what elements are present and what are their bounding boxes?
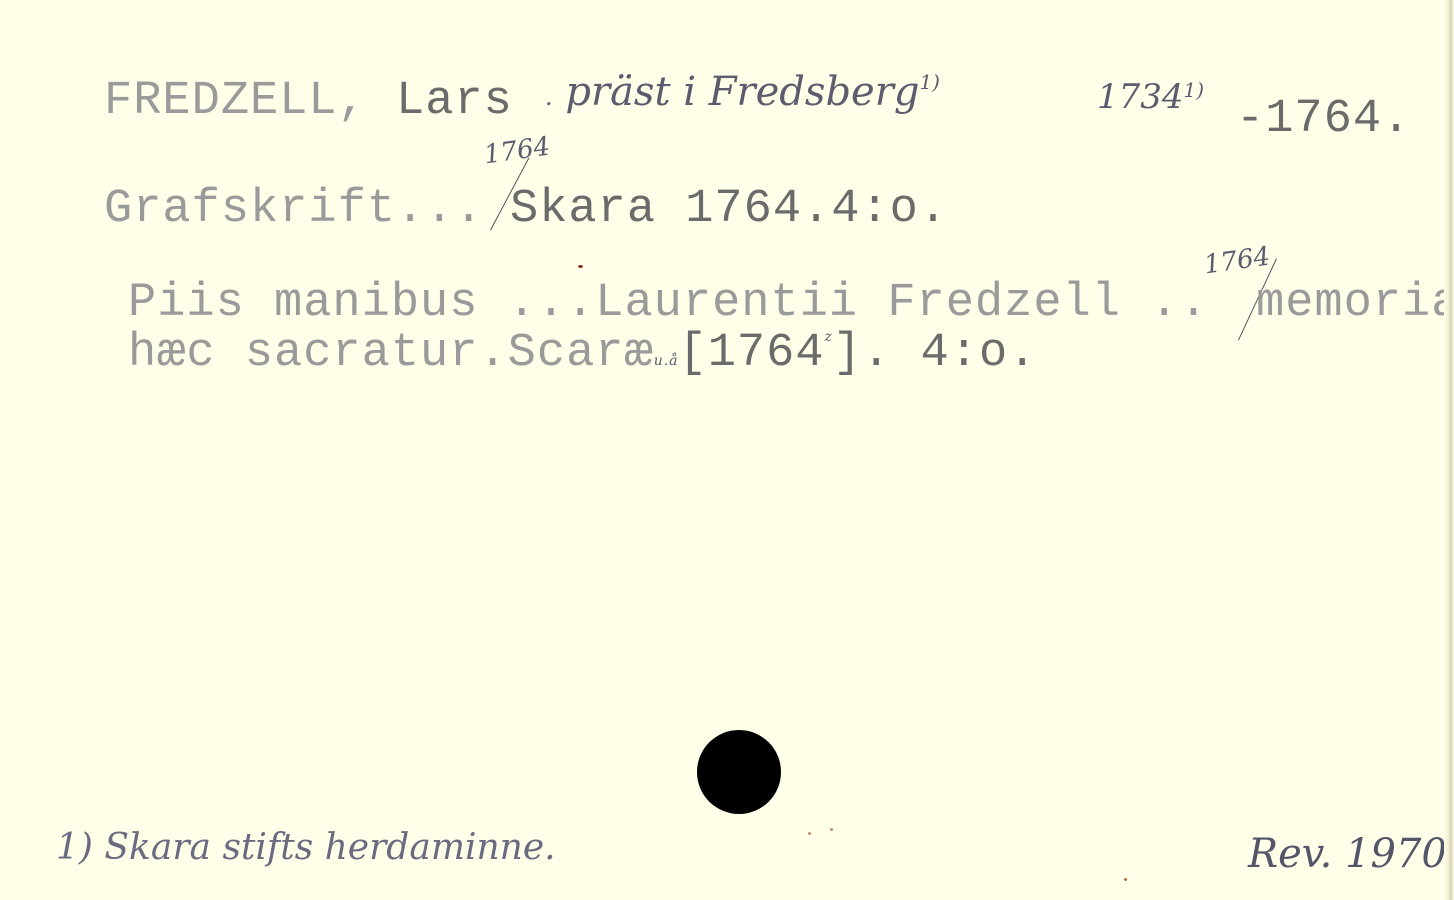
punch-hole (697, 730, 781, 814)
ink-speck (1124, 878, 1127, 881)
entry-1-imprint: Skara 1764.4:o. (510, 186, 948, 233)
revision-note: Rev. 1970 (1248, 834, 1447, 874)
entry-2-line-1-cont: memoria (1256, 280, 1454, 327)
handwritten-occupation: . präst i Fredsberg1) (545, 72, 940, 112)
occupation-note-marker: 1) (919, 70, 940, 94)
entry-2-handwritten-year: 1764 (1203, 244, 1272, 279)
handwritten-birth-year: 17341) (1097, 80, 1204, 114)
handwritten-footnote: 1) Skara stifts herdaminne. (56, 830, 556, 866)
author-surname: FREDZELL, (104, 75, 367, 128)
ink-speck (578, 265, 583, 268)
entry-1-title: Grafskrift... (104, 186, 484, 233)
entry-1-handwritten-year: 1764 (483, 134, 552, 169)
card-right-edge (1444, 0, 1454, 900)
handwritten-u-a: u.å (654, 353, 679, 369)
separator-dot: . (545, 83, 553, 111)
heading-line: FREDZELL, Lars (104, 78, 513, 125)
ink-speck (808, 832, 811, 835)
entry-2-line-1: Piis manibus ...Laurentii Fredzell .. (128, 280, 1209, 327)
death-year: -1764. (1236, 96, 1411, 143)
author-forename: Lars (396, 75, 513, 128)
ink-speck (830, 828, 833, 831)
entry-2-line-2: hæc sacratur.Scaræu.å[1764z]. 4:o. (128, 330, 1037, 377)
birth-note-marker: 1) (1184, 78, 1205, 102)
bracket-annotation: z (825, 329, 833, 345)
catalog-card: FREDZELL, Lars . präst i Fredsberg1) 173… (0, 0, 1454, 900)
